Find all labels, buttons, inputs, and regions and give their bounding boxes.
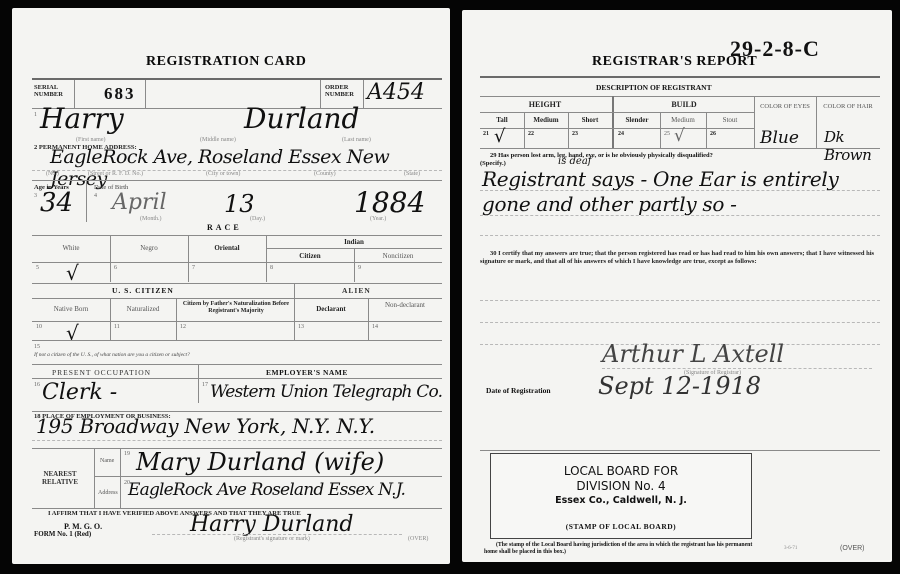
occupation-value: Clerk - [42,380,117,405]
nearest-relative-label: NEAREST RELATIVE [34,470,86,486]
signature-label: (Registrant's signature or mark) [234,536,310,542]
build-heading: BUILD [614,100,754,109]
race-white-mark: √ [66,261,79,285]
address-sublabel: (State) [404,171,420,177]
field-number: 13 [298,324,304,330]
citizen-col-native: Native Born [32,305,110,313]
divider [188,236,189,282]
divider [86,182,87,222]
divider [480,450,880,451]
field-number: 11 [114,324,120,330]
build-col-slender: Slender [614,116,660,124]
divider [94,476,442,477]
last-name: Durland [244,102,359,135]
address-sublabel: (City or town) [206,171,240,177]
local-board-stamp-box: LOCAL BOARD FOR DIVISION No. 4 Essex Co.… [490,453,752,539]
divider [32,321,442,322]
relative-name-label: Name [100,458,114,464]
height-col-tall: Tall [480,116,524,124]
file-number-stamp: 29-2-8-C [730,36,820,62]
address-sublabel: (No.) [46,171,59,177]
order-number-label: ORDER NUMBER [325,84,363,98]
field-number: 8 [270,265,273,271]
divider [152,534,402,535]
divider [480,300,880,301]
address-sublabel: (Street or R. F. D. No.) [88,171,143,177]
field-number: 7 [192,265,195,271]
divider [198,365,199,403]
divider [363,80,364,108]
race-col-negro: Negro [110,244,188,252]
divider [176,298,177,340]
stamp-line-2: DIVISION No. 4 [491,479,751,493]
race-col-indian: Indian [266,238,442,246]
relative-address-label: Address [98,490,118,496]
height-col-short: Short [568,116,612,124]
question-29: 29 Has person lost arm, leg, hand, eye, … [490,152,880,159]
build-col-medium: Medium [660,116,706,124]
stamp-line-1: LOCAL BOARD FOR [491,464,751,478]
race-col-indian-noncitizen: Noncitizen [354,252,442,260]
field-number: 19 [124,451,130,457]
divider [480,76,880,78]
divider [145,80,146,108]
question-29-answer-line1: Registrant says - One Ear is entirely [482,167,838,191]
divider [32,340,442,341]
race-col-indian-citizen: Citizen [266,252,354,260]
divider [480,322,880,323]
date-of-registration: Sept 12-1918 [598,372,761,400]
question-30: 30 I certify that my answers are true; t… [480,250,880,266]
address-sublabel: (County) [314,171,336,177]
dob-year: 1884 [354,186,425,219]
height-col-medium: Medium [524,116,568,124]
field-number: 9 [358,265,361,271]
divider [120,448,121,508]
divider [480,235,880,236]
divider [480,215,880,216]
field-number: 24 [618,131,624,137]
field-number: 10 [36,324,42,330]
nation-question: If not a citizen of the U. S., of what n… [34,352,190,358]
divider [32,180,442,181]
field-number: 5 [36,265,39,271]
divider [480,112,754,113]
alien-heading: ALIEN [342,286,371,295]
field-number: 15 [34,344,40,350]
alien-col-nondeclarant: Non-declarant [368,301,442,309]
question-29-answer-line2: gone and other partly so - [482,192,737,216]
dob-day: 13 [224,190,255,218]
height-heading: HEIGHT [480,100,610,109]
divider [32,411,442,412]
stamp-note: (The stamp of the Local Board having jur… [484,542,754,556]
medium-build-mark: √ [674,126,685,146]
divider [480,148,880,149]
field-number: 1 [34,112,37,118]
dob-sublabel: (Day.) [250,216,265,222]
stamp-caption: (STAMP OF LOCAL BOARD) [491,522,751,531]
registrars-report: REGISTRAR'S REPORT 29-2-8-C DESCRIPTION … [462,10,892,562]
dob-month: April [112,190,167,215]
divider [32,508,442,509]
occupation-heading: PRESENT OCCUPATION [52,368,151,377]
employer-heading: EMPLOYER'S NAME [266,368,348,377]
field-number: 4 [94,193,97,199]
registration-card-title: REGISTRATION CARD [146,54,306,70]
us-citizen-heading: U. S. CITIZEN [112,286,174,295]
field-number: 6 [114,265,117,271]
age-value: 34 [40,188,73,218]
field-number: 26 [710,131,716,137]
stamp-line-3: Essex Co., Caldwell, N. J. [491,495,751,506]
divider [32,378,442,379]
form-id-line2: FORM No. 1 (Red) [34,530,91,538]
divider [602,368,872,369]
employer-value: Western Union Telegraph Co. [210,382,442,402]
over-label: (OVER) [408,536,428,542]
divider [480,128,754,129]
build-col-stout: Stout [706,116,754,124]
field-number: 12 [180,324,186,330]
divider [32,298,442,299]
alien-col-declarant: Declarant [294,305,368,313]
race-heading: RACE [207,223,242,232]
serial-number-label: SERIAL NUMBER [34,84,70,98]
field-number: 25 [664,131,670,137]
relative-address: EagleRock Ave Roseland Essex N.J. [128,480,405,500]
over-label: (OVER) [840,545,865,552]
print-code: 3-6-71 [784,546,797,551]
field-number: 17 [202,382,208,388]
relative-name: Mary Durland (wife) [136,448,384,476]
divider [110,236,111,282]
divider [480,96,880,97]
divider [32,283,442,284]
middle-name-label: (Middle name) [200,137,236,143]
native-born-mark: √ [66,321,79,345]
field-number: 14 [372,324,378,330]
field-number: 23 [572,131,578,137]
hair-color-heading: COLOR OF HAIR [816,103,880,111]
first-name-label: (First name) [76,137,106,143]
eye-color-heading: COLOR OF EYES [754,103,816,111]
first-name: Harry [40,102,124,135]
dob-sublabel: (Year.) [370,216,386,222]
date-of-registration-label: Date of Registration [486,386,551,395]
field-number: 16 [34,382,40,388]
tall-mark: √ [494,126,505,147]
registrar-signature: Arthur L Axtell [602,340,784,368]
registration-card: REGISTRATION CARD SERIAL NUMBER 683 ORDE… [12,8,450,564]
field-number: 22 [528,131,534,137]
dob-sublabel: (Month.) [140,216,162,222]
race-col-oriental: Oriental [188,244,266,252]
order-number: A454 [367,80,425,105]
place-of-employment: 195 Broadway New York, N.Y. N.Y. [36,414,375,438]
race-col-white: White [32,244,110,252]
divider [32,364,442,365]
last-name-label: (Last name) [342,137,371,143]
question-29-specify: (Specify.) [480,160,506,167]
divider [480,190,880,191]
citizen-col-father: Citizen by Father's Naturalization Befor… [178,301,294,315]
description-heading: DESCRIPTION OF REGISTRANT [596,83,712,92]
divider [32,262,442,263]
divider [32,235,442,236]
serial-number: 683 [104,84,136,104]
divider [94,448,95,508]
eye-color: Blue [760,128,799,148]
field-number: 3 [34,193,37,199]
question-29-insert: is deaf [558,156,592,167]
field-number: 21 [483,131,489,137]
citizen-col-naturalized: Naturalized [110,305,176,313]
divider [32,440,442,441]
